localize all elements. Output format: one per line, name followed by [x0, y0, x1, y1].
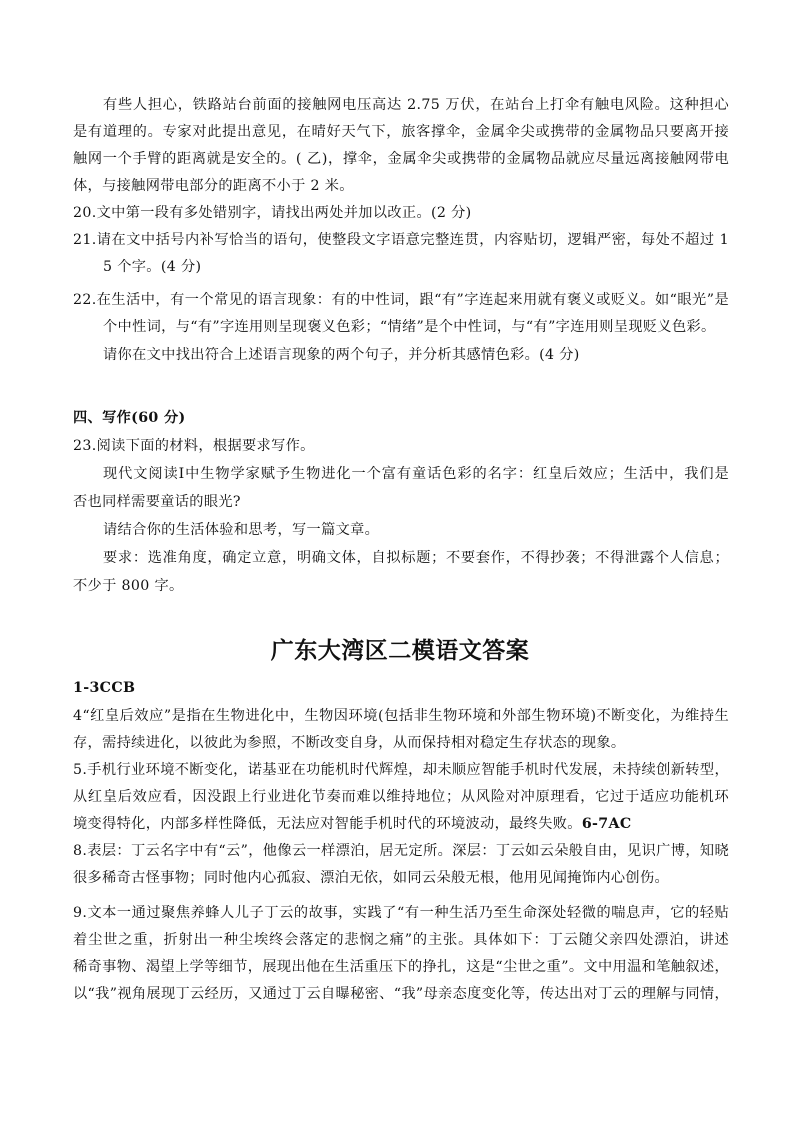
section-heading: 四、写作(60 分): [73, 408, 729, 428]
writing-material: 现代文阅读Ⅰ中生物学家赋予生物进化一个富有童话色彩的名字：红皇后效应；生活中，我…: [103, 464, 729, 484]
answer-5-text: 境变得特化，内部多样性降低，无法应对智能手机时代的环境波动，最终失败。: [73, 816, 582, 832]
question-20: 20.文中第一段有多处错别字，请找出两处并加以改正。(2 分): [73, 203, 729, 223]
passage-line: 是有道理的。专家对此提出意见，在晴好天气下，旅客撑伞，金属伞尖或携带的金属物品只…: [73, 122, 729, 142]
question-22: 22.在生活中，有一个常见的语言现象：有的中性词，跟“有”字连起来用就有褒义或贬…: [73, 290, 729, 310]
answer-title: 广东大湾区二模语文答案: [0, 636, 800, 666]
passage-line: 触网一个手臂的距离就是安全的。( 乙)，撑伞，金属伞尖或携带的金属物品就应尽量远…: [73, 149, 729, 169]
question-22-cont: 请你在文中找出符合上述语言现象的两个句子，并分析其感情色彩。(4 分): [103, 345, 759, 365]
answer-8: 8.表层：丁云名字中有“云”，他像云一样漂泊，居无定所。深层：丁云如云朵般自由，…: [73, 841, 729, 861]
answer-8-cont: 很多稀奇古怪事物；同时他内心孤寂、漂泊无依，如同云朵般无根，他用见闻掩饰内心创伤…: [73, 868, 729, 888]
answer-9-cont: 以“我”视角展现丁云经历，又通过丁云自曝秘密、“我”母亲态度变化等，传达出对丁云…: [73, 984, 729, 1004]
writing-material-cont: 否也同样需要童话的眼光?: [73, 492, 729, 512]
answer-5-cont: 从红皇后效应看，因没跟上行业进化节奏而难以维持地位；从风险对冲原理看，它过于适应…: [73, 787, 729, 807]
answer-9: 9.文本一通过聚焦养蜂人儿子丁云的故事，实践了“有一种生活乃至生命深处轻微的喘息…: [73, 903, 729, 923]
passage-line: 有些人担心，铁路站台前面的接触网电压高达 2.75 万伏，在站台上打伞有触电风险…: [103, 95, 729, 115]
answer-4-cont: 存，需持续进化，以彼此为参照，不断改变自身，从而保持相对稳定生存状态的现象。: [73, 733, 729, 753]
answer-9-cont: 稀奇事物、渴望上学等细节，展现出他在生活重压下的挣扎，这是“尘世之重”。文中用温…: [73, 957, 729, 977]
question-21-cont: 5 个字。(4 分): [103, 257, 759, 277]
question-21: 21.请在文中括号内补写恰当的语句，使整段文字语意完整连贯，内容贴切，逻辑严密，…: [73, 230, 729, 250]
writing-instruction: 请结合你的生活体验和思考，写一篇文章。: [103, 520, 759, 540]
answer-1-3: 1-3CCB: [73, 678, 729, 698]
answer-9-cont: 着尘世之重，折射出一种尘埃终会落定的悲悯之痛”的主张。具体如下：丁云随父亲四处漂…: [73, 930, 729, 950]
writing-requirement: 要求：选准角度，确定立意，明确文体，自拟标题；不要套作，不得抄袭；不得泄露个人信…: [103, 548, 729, 568]
passage-line: 体，与接触网带电部分的距离不小于 2 米。: [73, 176, 729, 196]
answer-4: 4“红皇后效应”是指在生物进化中，生物因环境(包括非生物环境和外部生物环境)不断…: [73, 706, 729, 726]
question-23: 23.阅读下面的材料，根据要求写作。: [73, 436, 729, 456]
answer-5: 5.手机行业环境不断变化，诺基亚在功能机时代辉煌，却未顺应智能手机时代发展，未持…: [73, 760, 729, 780]
answer-6-7: 6-7AC: [582, 816, 632, 832]
writing-requirement-cont: 不少于 800 字。: [73, 576, 729, 596]
question-22-cont: 个中性词，与“有”字连用则呈现褒义色彩；“情绪”是个中性词，与“有”字连用则呈现…: [103, 317, 759, 337]
answer-5-cont: 境变得特化，内部多样性降低，无法应对智能手机时代的环境波动，最终失败。6-7AC: [73, 814, 729, 834]
